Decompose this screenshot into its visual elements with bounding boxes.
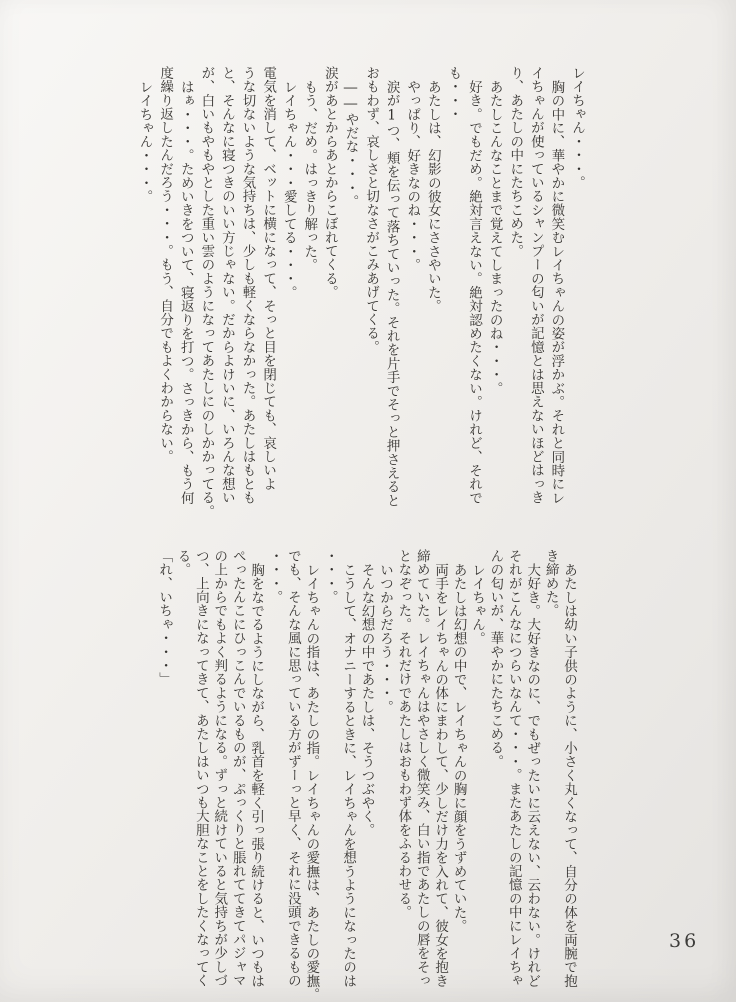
text-column: うな切ないような気持ちは、少しも軽くならなかった。あたしはもとも <box>237 66 258 496</box>
text-column: いつからだろう・・・。 <box>376 549 394 977</box>
page-number: 36 <box>669 930 699 952</box>
text-column: 度繰り返したんだろう・・・。もう、自分でもよくわからない。 <box>155 66 176 496</box>
text-column: 締めていた。レイちゃんはやさしく微笑み、白い指であたしの唇をそっ <box>412 549 430 977</box>
text-column: レイちゃん・・・。 <box>134 66 155 496</box>
text-column: り、あたしの中にたちこめた。 <box>505 66 526 496</box>
text-column: ・・・。 <box>320 549 338 977</box>
text-column: はぁ・・・。ためいきをついて、寝返りを打つ。さっきから、もう何 <box>175 66 196 496</box>
text-column: 胸をなでるようにしながら、乳首を軽く引っ張り続けると、いつもは <box>247 549 265 977</box>
text-column: と、そんなに寝つきのいい方じゃない。だからよけいに、いろんな想い <box>216 66 237 496</box>
text-column: あたしは幻想の中で、レイちゃんの胸に顔をうずめていた。 <box>449 549 467 977</box>
text-column: それがこんなにつらいなんて・・・。またあたしの記憶の中にレイちゃ <box>504 549 522 977</box>
top-text-block: レイちゃん・・・。胸の中に、華やかに微笑むレイちゃんの姿が浮かぶ。それと同時にレ… <box>134 66 587 496</box>
text-column: レイちゃん・・・愛してる・・・。 <box>278 66 299 496</box>
text-column: き締めた。 <box>541 549 559 977</box>
text-column: レイちゃん・・・。 <box>566 66 587 496</box>
text-column: そんな幻想の中であたしは、そうつぶやく。 <box>357 549 375 977</box>
text-column: レイちゃんの指は、あたしの指。レイちゃんの愛撫は、あたしの愛撫。 <box>302 549 320 977</box>
text-column: 涙が1つ、頬を伝って落ちていった。それを片手でそっと押さえると <box>381 66 402 496</box>
scanned-page: レイちゃん・・・。胸の中に、華やかに微笑むレイちゃんの姿が浮かぶ。それと同時にレ… <box>0 0 736 1002</box>
text-column: ぺったんこにひっこんでいるものが、ぷっくりと脹れててきてパジャマ <box>228 549 246 977</box>
text-column: ――やだな・・・。 <box>340 66 361 496</box>
text-column: 両手をレイちゃんの体にまわして、少しだけ力を入れて、彼女を抱き <box>431 549 449 977</box>
text-column: 大好き。大好きなのに、でもぜったいに云えない、云わない。けれど <box>523 549 541 977</box>
text-column: でも、そんな風に思っている方がずーっと早く、それに没頭できるもの <box>284 549 302 977</box>
text-column: おもわず、哀しさと切なさがこみあげてくる。 <box>360 66 381 496</box>
text-column: もう、だめ。はっきり解った。 <box>299 66 320 496</box>
text-column: ・・・。 <box>265 549 283 977</box>
text-column: が、白いもやもやとした重い雲のようになってあたしにのしかかってる。 <box>196 66 217 496</box>
bottom-text-block: あたしは幼い子供のように、小さく丸くなって、自分の体を両腕で抱き締めた。大好き。… <box>155 549 578 977</box>
text-column: も・・・ <box>443 66 464 496</box>
text-column: 胸の中に、華やかに微笑むレイちゃんの姿が浮かぶ。それと同時にレ <box>546 66 567 496</box>
text-column: イちゃんが使っているシャンプーの匂いが記憶とは思えないほどはっき <box>525 66 546 496</box>
text-column: んの匂いが、華やかにたちこめる。 <box>486 549 504 977</box>
text-column: つ、上向きになってきて、あたしはいつも大胆なことをしたくなってく <box>191 549 209 977</box>
text-column: あたしこんなことまで覚えてしまったのね・・・。 <box>484 66 505 496</box>
text-column: 電気を消して、ベットに横になって、そっと目を閉じても、哀しいよ <box>258 66 279 496</box>
text-column: レイちゃん。 <box>468 549 486 977</box>
text-column: る。 <box>173 549 191 977</box>
text-column: となぞった。それだけであたしはおもわず体をふるわせる。 <box>394 549 412 977</box>
text-column: の上からでもよく判るようになる。ずっと続けていると気持ちが少しづ <box>210 549 228 977</box>
text-column: こうして、オナニーするときに、レイちゃんを想うようになったのは <box>339 549 357 977</box>
text-column: あたしは幼い子供のように、小さく丸くなって、自分の体を両腕で抱 <box>560 549 578 977</box>
text-column: 涙があとからあとからこぼれてくる。 <box>319 66 340 496</box>
text-column: あたしは、幻影の彼女にささやいた。 <box>422 66 443 496</box>
text-column: やっぱり、好きなのね・・・。 <box>402 66 423 496</box>
text-column: 好き。でもだめ。絶対言えない。絶対認めたくない。けれど、それで <box>463 66 484 496</box>
text-column: 「れ、いちゃ・・・」 <box>155 549 173 977</box>
